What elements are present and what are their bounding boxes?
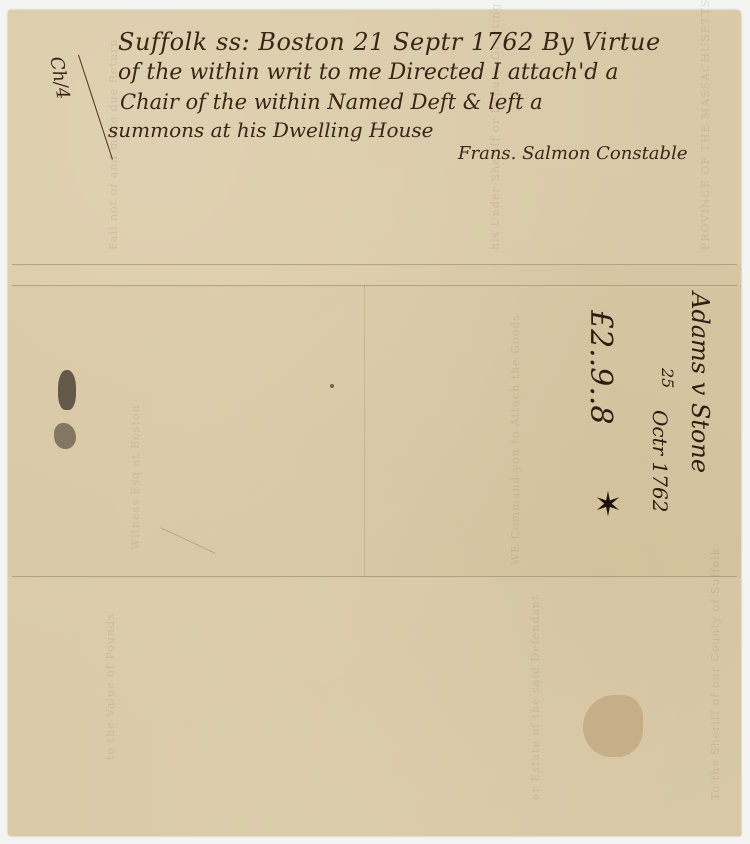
ink-speck [330,384,334,388]
fold-crease [12,576,737,578]
constable-signature: Frans. Salmon Constable [458,143,687,164]
endorsement-line-2: of the within writ to me Directed I atta… [118,60,618,85]
ink-blot [54,423,76,449]
middle-fold-panel [8,285,741,577]
manuscript-page: Fail not of and make due Return Witness … [8,10,741,836]
ink-flourish-icon: ✶ [588,485,628,525]
docket-case-title: Adams v Stone [686,292,714,473]
fold-crease [12,264,737,266]
bleed-through-text: to the Value of Pounds [103,600,118,760]
docket-amount: £2..9..8 [583,310,618,425]
ink-blot [58,370,76,410]
bleed-through-text: PROVINCE OF THE MASSACHUSETTS-BAY [698,50,713,250]
bleed-through-text: or Estate of the said Defendant [528,600,543,800]
water-stain [583,695,643,757]
bleed-through-text: Witness Esq at Boston [128,310,143,550]
docket-term: Octr 1762 [648,410,672,512]
endorsement-line-1: Suffolk ss: Boston 21 Septr 1762 By Virt… [118,28,661,56]
endorsement-line-3: Chair of the within Named Deft & left a [120,90,543,114]
bleed-through-text: To the Sheriff of our County of Suffolk [708,600,723,800]
docket-number: 25 [658,368,677,388]
fold-crease [12,285,737,287]
vertical-crease [364,285,365,577]
bleed-through-text: WE Command you to Attach the Goods [508,295,523,565]
endorsement-line-4: summons at his Dwelling House [108,118,434,142]
